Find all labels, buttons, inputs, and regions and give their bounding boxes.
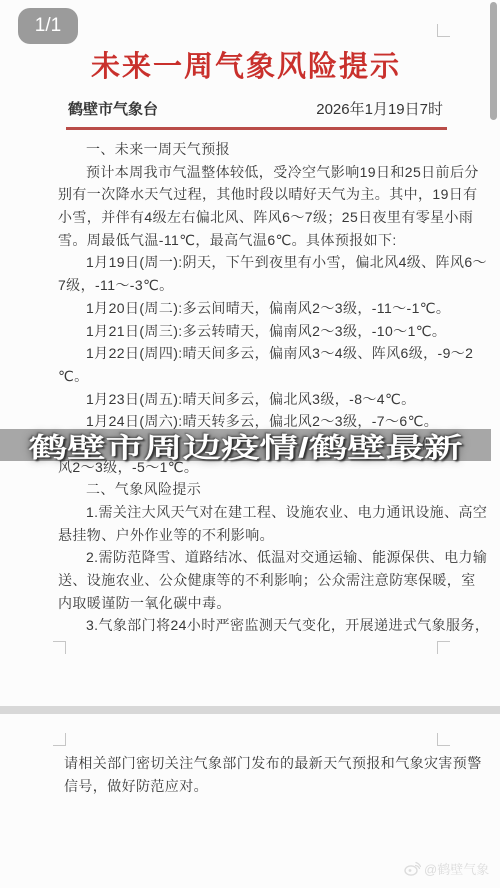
closing-line: 请相关部门密切关注气象部门发布的最新天气预报和气象灾害预警 <box>64 752 454 775</box>
forecast-line-thu: 1月22日(周四):晴天间多云，偏南风3～4级、阵风6级，-9～2 <box>58 342 450 365</box>
page-indicator-badge: 1/1 <box>18 8 78 44</box>
document-body-page1: 一、未来一周天气预报 预计本周我市气温整体较低，受冷空气影响19日和25日前后分… <box>58 138 450 637</box>
document-title: 未来一周气象风险提示 <box>0 44 492 85</box>
header-divider-rule <box>66 127 447 130</box>
closing-line: 信号，做好防范应对。 <box>64 775 454 798</box>
body-line: 内取暖谨防一氧化碳中毒。 <box>58 592 450 615</box>
risk-tip-1: 1.需关注大风天气对在建工程、设施农业、电力通讯设施、高空 <box>58 501 450 524</box>
page2-top-right-corner-mark <box>437 733 450 746</box>
body-line: 送、设施农业、公众健康等的不利影响；公众需注意防寒保暖，室 <box>58 569 450 592</box>
weibo-handle: @鹤壁气象 <box>424 859 489 878</box>
body-line: ℃。 <box>58 365 450 388</box>
body-line: 7级，-11～-3℃。 <box>58 274 450 297</box>
weibo-watermark: @鹤壁气象 <box>404 859 489 878</box>
risk-tip-2: 2.需防范降雪、道路结冰、低温对交通运输、能源保供、电力输 <box>58 546 450 569</box>
section1-heading: 一、未来一周天气预报 <box>58 138 450 161</box>
body-line: 预计本周我市气温整体较低，受冷空气影响19日和25日前后分 <box>58 161 450 184</box>
body-line: 别有一次降水天气过程，其他时段以晴好天气为主。其中，19日有 <box>58 183 450 206</box>
body-line: 雪。周最低气温-11℃，最高气温6℃。具体预报如下: <box>58 229 450 252</box>
scrollbar-thumb[interactable] <box>490 2 497 120</box>
document-viewer: 未来一周气象风险提示 鹤壁市气象台 2026年1月19日7时 一、未来一周天气预… <box>0 0 500 888</box>
body-line: 悬挂物、户外作业等的不利影响。 <box>58 524 450 547</box>
page1-bottom-right-corner-mark <box>437 641 450 654</box>
forecast-line-fri: 1月23日(周五):晴天间多云，偏北风3级，-8～4℃。 <box>58 388 450 411</box>
page1-top-right-corner-mark <box>437 24 450 37</box>
caption-overlay-band: 鹤壁市周边疫情/鹤壁最新 <box>0 429 491 461</box>
caption-overlay-text: 鹤壁市周边疫情/鹤壁最新 <box>29 425 463 465</box>
page2-top-left-corner-mark <box>53 733 66 746</box>
document-body-page2: 请相关部门密切关注气象部门发布的最新天气预报和气象灾害预警 信号，做好防范应对。 <box>64 752 454 797</box>
page1-bottom-left-corner-mark <box>53 641 66 654</box>
risk-tip-3: 3.气象部门将24小时严密监测天气变化，开展递进式气象服务， <box>58 614 450 637</box>
forecast-line-wed: 1月21日(周三):多云转晴天，偏南风2～3级，-10～1℃。 <box>58 320 450 343</box>
forecast-line-mon: 1月19日(周一):阴天，下午到夜里有小雪，偏北风4级、阵风6～ <box>58 251 450 274</box>
section2-heading: 二、气象风险提示 <box>58 478 450 501</box>
page-gap-separator <box>0 706 500 714</box>
document-header: 鹤壁市气象台 2026年1月19日7时 <box>68 98 443 119</box>
issuer-name: 鹤壁市气象台 <box>68 98 158 119</box>
issue-datetime: 2026年1月19日7时 <box>316 98 443 119</box>
body-line: 小雪，并伴有4级左右偏北风、阵风6～7级；25日夜里有零星小雨 <box>58 206 450 229</box>
weibo-icon <box>404 861 421 876</box>
forecast-line-tue: 1月20日(周二):多云间晴天，偏南风2～3级，-11～-1℃。 <box>58 297 450 320</box>
